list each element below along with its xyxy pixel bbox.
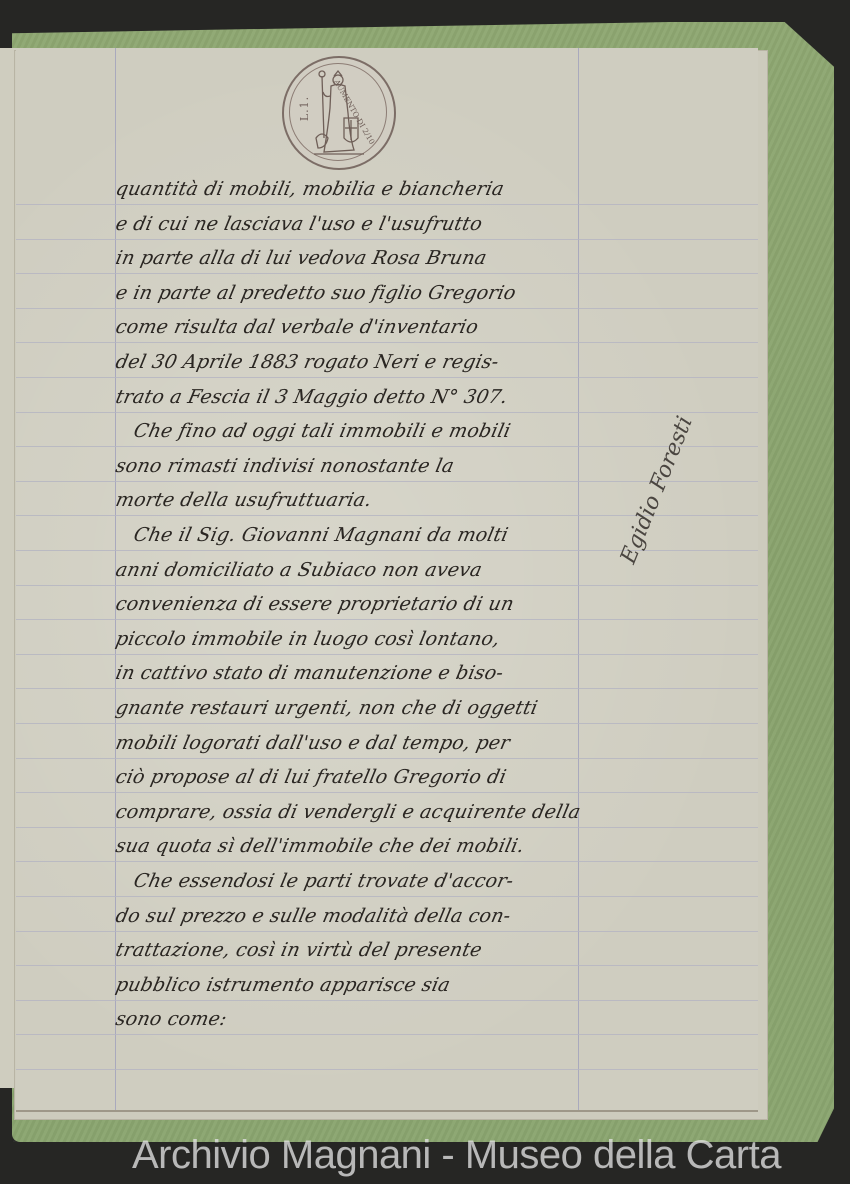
manuscript-line: e di cui ne lasciava l'uso e l'usufrutto: [114, 213, 485, 235]
manuscript-line: sono come:: [114, 1008, 229, 1030]
stamp-left-text: L.1.: [298, 96, 311, 121]
ruled-line: [16, 1000, 758, 1001]
manuscript-page: L.1. AUMENTO DI 2/10 quantità di mobili,…: [16, 48, 758, 1112]
manuscript-line: anni domiciliato a Subiaco non aveva: [114, 559, 484, 581]
ruled-line: [16, 550, 758, 551]
manuscript-line: in cattivo stato di manutenzione e biso-: [114, 662, 506, 684]
manuscript-line: mobili logorati dall'uso e dal tempo, pe…: [114, 732, 512, 754]
ruled-line: [16, 827, 758, 828]
ruled-line: [16, 1034, 758, 1035]
manuscript-line: in parte alla di lui vedova Rosa Bruna: [114, 247, 489, 269]
manuscript-line: pubblico istrumento apparisce sia: [114, 974, 453, 996]
ruled-line: [16, 446, 758, 447]
ruled-line: [16, 792, 758, 793]
manuscript-line: trattazione, così in virtù del presente: [114, 939, 484, 961]
manuscript-line: come risulta dal verbale d'inventario: [114, 316, 481, 338]
manuscript-line: trato a Fescia il 3 Maggio detto N° 307.: [114, 386, 510, 408]
ruled-line: [16, 654, 758, 655]
manuscript-line: do sul prezzo e sulle modalità della con…: [114, 905, 513, 927]
ruled-line: [16, 896, 758, 897]
manuscript-line: convenienza di essere proprietario di un: [114, 593, 516, 615]
ruled-line: [16, 585, 758, 586]
ruled-line: [16, 342, 758, 343]
manuscript-line: sua quota sì dell'immobile che dei mobil…: [114, 835, 527, 857]
ruled-line: [16, 1069, 758, 1070]
manuscript-line: morte della usufruttuaria.: [114, 489, 374, 511]
tax-stamp: L.1. AUMENTO DI 2/10: [282, 56, 396, 170]
manuscript-line: piccolo immobile in luogo così lontano,: [114, 628, 502, 650]
ruled-line: [16, 965, 758, 966]
archive-watermark: Archivio Magnani - Museo della Carta: [132, 1133, 781, 1178]
margin-signature: Egidio Foresti: [616, 413, 698, 568]
manuscript-line: quantità di mobili, mobilia e biancheria: [114, 178, 506, 200]
ruled-line: [16, 619, 758, 620]
manuscript-line: gnante restauri urgenti, non che di ogge…: [114, 697, 540, 719]
manuscript-line: comprare, ossia di vendergli e acquirent…: [114, 801, 583, 823]
manuscript-line: e in parte al predetto suo figlio Gregor…: [114, 282, 518, 304]
ruled-line: [16, 239, 758, 240]
ruled-line: [16, 273, 758, 274]
ruled-line: [16, 931, 758, 932]
manuscript-line: Che il Sig. Giovanni Magnani da molti: [132, 524, 511, 546]
ruled-line: [16, 308, 758, 309]
manuscript-line: sono rimasti indivisi nonostante la: [114, 455, 456, 477]
ruled-line: [16, 204, 758, 205]
right-margin-line: [578, 48, 579, 1110]
ruled-line: [16, 688, 758, 689]
ruled-line: [16, 758, 758, 759]
manuscript-line: Che fino ad oggi tali immobili e mobili: [132, 420, 513, 442]
manuscript-line: Che essendosi le parti trovate d'accor-: [132, 870, 516, 892]
ruled-line: [16, 412, 758, 413]
ruled-line: [16, 377, 758, 378]
ruled-line: [16, 723, 758, 724]
manuscript-line: del 30 Aprile 1883 rogato Neri e regis-: [114, 351, 501, 373]
italia-turrita-seal-icon: [314, 68, 364, 160]
ruled-line: [16, 861, 758, 862]
manuscript-line: ciò propose al di lui fratello Gregorio …: [114, 766, 509, 788]
